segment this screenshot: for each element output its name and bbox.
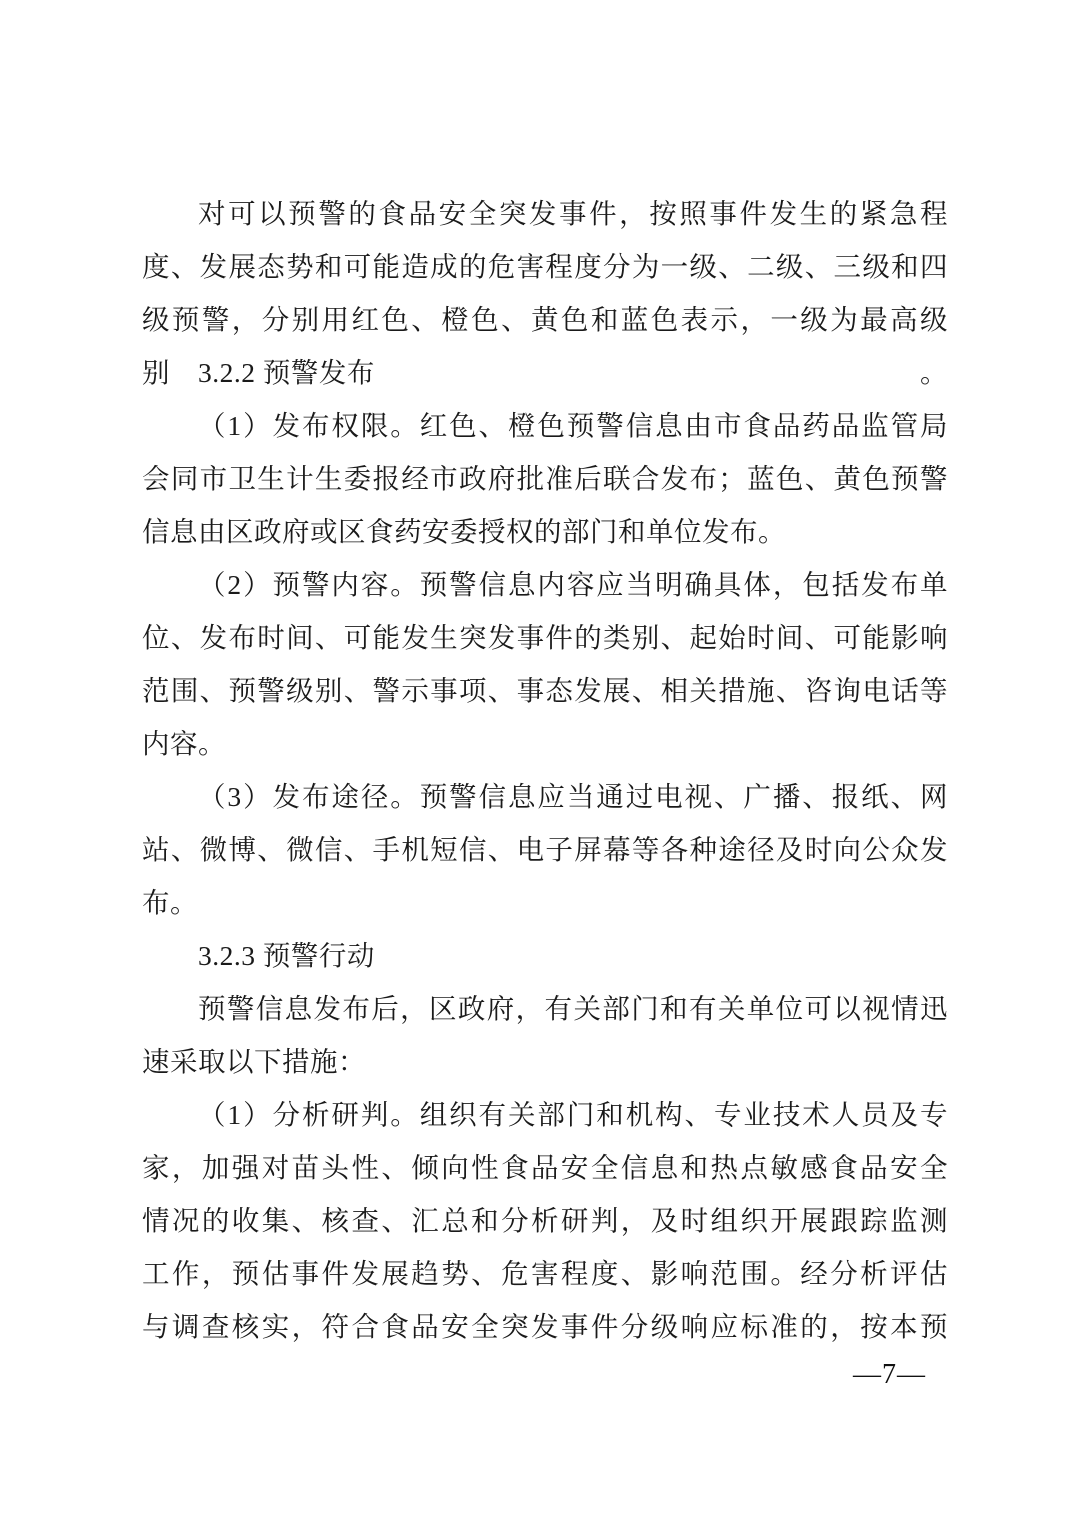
body-line: 级预警，分别用红色、橙色、黄色和蓝色表示，一级为最高级别。 (142, 293, 948, 346)
body-line: 预警信息发布后，区政府，有关部门和有关单位可以视情迅 (142, 982, 948, 1035)
body-line: 范围、预警级别、警示事项、事态发展、相关措施、咨询电话等 (142, 664, 948, 717)
document-page: 对可以预警的食品安全突发事件，按照事件发生的紧急程 度、发展态势和可能造成的危害… (0, 0, 1074, 1520)
body-line: 对可以预警的食品安全突发事件，按照事件发生的紧急程 (142, 187, 948, 240)
body-line: 度、发展态势和可能造成的危害程度分为一级、二级、三级和四 (142, 240, 948, 293)
body-line: 家，加强对苗头性、倾向性食品安全信息和热点敏感食品安全 (142, 1141, 948, 1194)
body-line: （2）预警内容。预警信息内容应当明确具体，包括发布单 (142, 558, 948, 611)
body-line: （1）分析研判。组织有关部门和机构、专业技术人员及专 (142, 1088, 948, 1141)
body-line: 站、微博、微信、手机短信、电子屏幕等各种途径及时向公众发 (142, 823, 948, 876)
section-heading-3-2-3: 3.2.3 预警行动 (142, 929, 948, 982)
body-line: 位、发布时间、可能发生突发事件的类别、起始时间、可能影响 (142, 611, 948, 664)
body-line: 速采取以下措施： (142, 1035, 948, 1088)
text-column: 对可以预警的食品安全突发事件，按照事件发生的紧急程 度、发展态势和可能造成的危害… (142, 187, 948, 1353)
body-line: 工作，预估事件发展趋势、危害程度、影响范围。经分析评估 (142, 1247, 948, 1300)
body-line: 布。 (142, 876, 948, 929)
body-line: （3）发布途径。预警信息应当通过电视、广播、报纸、网 (142, 770, 948, 823)
body-line: （1）发布权限。红色、橙色预警信息由市食品药品监管局 (142, 399, 948, 452)
body-line: 与调查核实，符合食品安全突发事件分级响应标准的，按本预 (142, 1300, 948, 1353)
page-number: —7— (853, 1358, 926, 1392)
body-line: 信息由区政府或区食药安委授权的部门和单位发布。 (142, 505, 948, 558)
body-line: 内容。 (142, 717, 948, 770)
body-line: 情况的收集、核查、汇总和分析研判，及时组织开展跟踪监测 (142, 1194, 948, 1247)
body-line: 会同市卫生计生委报经市政府批准后联合发布；蓝色、黄色预警 (142, 452, 948, 505)
